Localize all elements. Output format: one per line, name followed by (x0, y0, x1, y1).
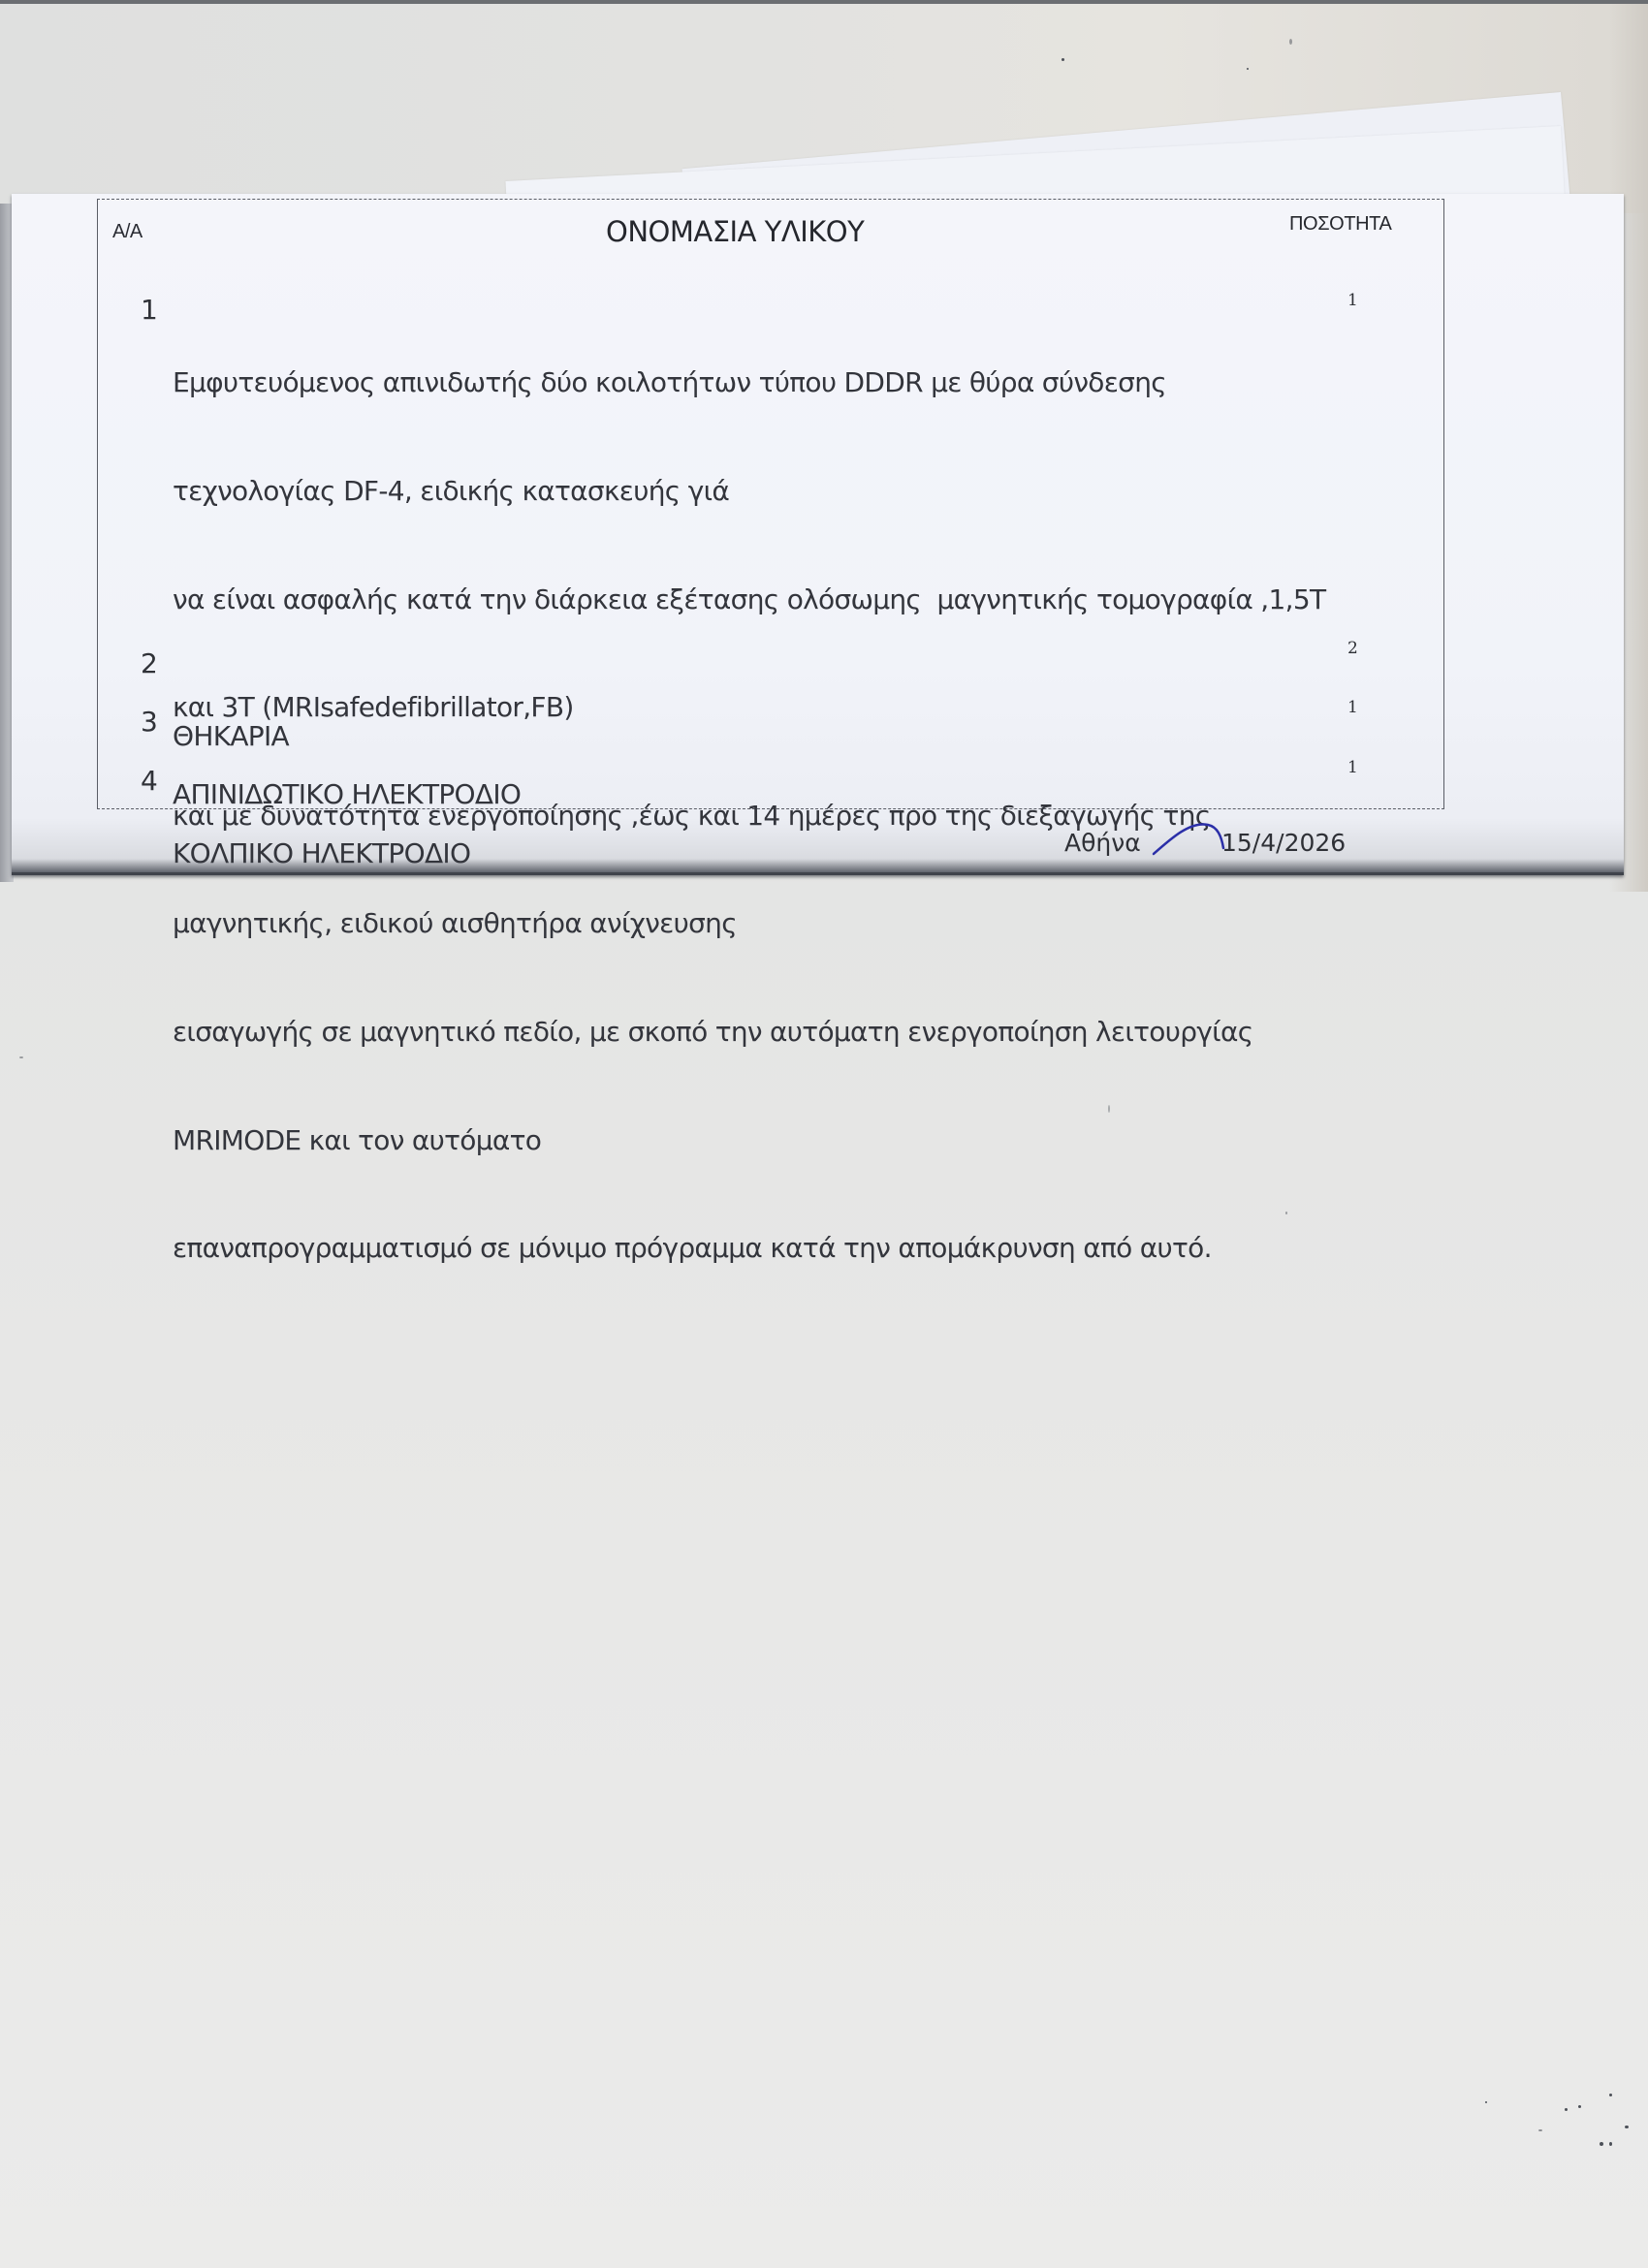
item-description-line: εισαγωγής σε μαγνητικό πεδίο, με σκοπό τ… (173, 1014, 1325, 1050)
item-number: 2 (141, 647, 158, 679)
item-number: 4 (141, 765, 158, 797)
item-number: 1 (141, 294, 158, 326)
signature-icon (1152, 819, 1229, 858)
footer-place: Αθήνα (1064, 829, 1141, 857)
dust-speck (19, 1056, 23, 1058)
dust-speck (1625, 2126, 1629, 2128)
item-description: ΚΟΛΠΙΚΟ ΗΛΕΚΤΡΟΔΙΟ (173, 764, 470, 908)
dust-speck (1485, 2101, 1487, 2103)
dust-speck (1578, 2105, 1581, 2108)
dust-speck (1062, 58, 1064, 61)
footer-date: 15/4/2026 (1221, 829, 1346, 857)
dust-speck (1108, 1105, 1110, 1113)
column-header-material-name: ΟΝΟΜΑΣΙΑ ΥΛΙΚΟΥ (606, 215, 864, 248)
item-description-line: MRIMODE και τον αυτόματο (173, 1122, 1325, 1158)
dust-speck (1600, 2142, 1603, 2146)
item-description-line: Εμφυτευόμενος απινιδωτής δύο κοιλοτήτων … (173, 364, 1325, 400)
item-description-line: επαναπρογραμματισμό σε μόνιμο πρόγραμμα … (173, 1230, 1325, 1266)
item-description-line: ΚΟΛΠΙΚΟ ΗΛΕΚΤΡΟΔΙΟ (173, 835, 470, 871)
dust-speck (1538, 2129, 1542, 2131)
item-description-line: να είναι ασφαλής κατά την διάρκεια εξέτα… (173, 582, 1325, 617)
item-quantity: 1 (1347, 758, 1358, 777)
dust-speck (1609, 2094, 1612, 2096)
item-description-line: τεχνολογίας DF-4, ειδικής κατασκευής γιά (173, 473, 1325, 509)
scan-top-edge (0, 0, 1648, 4)
dust-speck (1247, 68, 1249, 70)
item-quantity: 2 (1347, 639, 1358, 658)
item-quantity: 1 (1347, 698, 1358, 717)
item-number: 3 (141, 706, 158, 738)
item-quantity: 1 (1347, 291, 1358, 310)
dust-speck (1565, 2108, 1568, 2111)
column-header-aa: A/A (112, 221, 143, 243)
column-header-quantity: ΠΟΣΟΤΗΤΑ (1289, 213, 1391, 236)
dust-speck (1285, 1212, 1287, 1214)
dust-speck (1289, 39, 1292, 45)
item-description-line: μαγνητικής, ειδικού αισθητήρα ανίχνευσης (173, 905, 1325, 941)
dust-speck (1609, 2142, 1612, 2146)
